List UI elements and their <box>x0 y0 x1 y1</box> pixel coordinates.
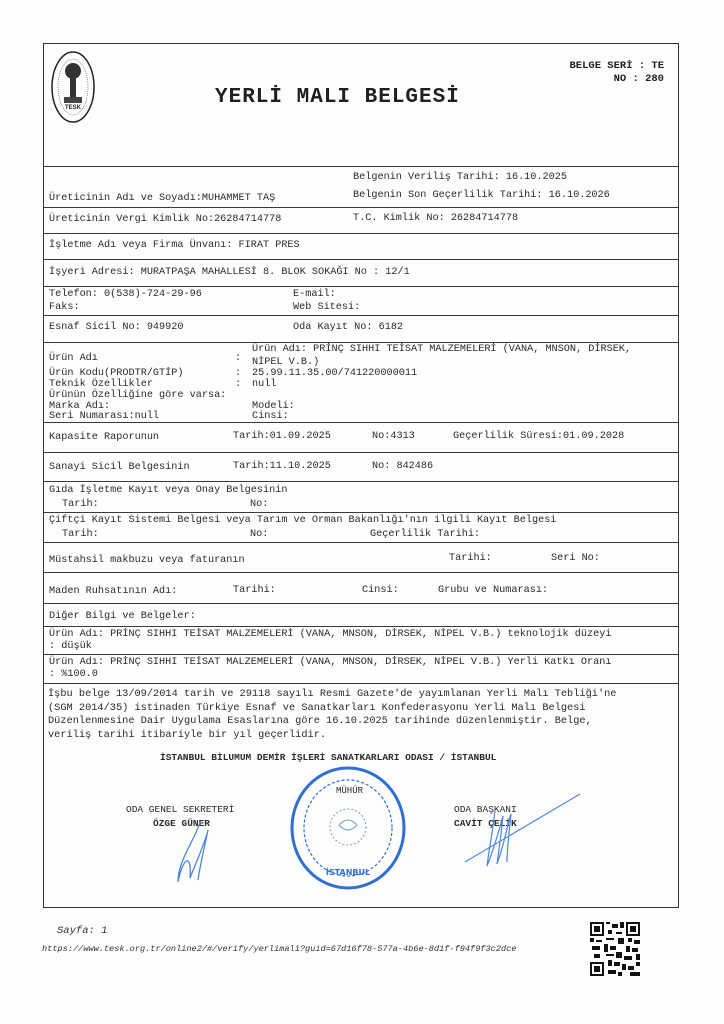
esnaf-sicil: Esnaf Sicil No: 949920 <box>49 322 184 333</box>
product-code-value: 25.99.11.35.00/741220000011 <box>252 368 417 379</box>
receipt-date: Tarihi: <box>449 553 492 564</box>
industry-registry-label: Sanayi Sicil Belgesinin <box>49 462 190 473</box>
divider <box>43 207 679 208</box>
kind-label: Cinsi: <box>252 411 289 422</box>
expiry-date: Belgenin Son Geçerlilik Tarihi: 16.10.20… <box>353 190 610 201</box>
svg-text:TESK: TESK <box>65 105 82 111</box>
seal-label: MÜHÜR <box>336 786 363 796</box>
divider <box>43 259 679 260</box>
industry-registry-no: No: 842486 <box>372 461 433 472</box>
mining-date: Tarihi: <box>233 585 276 596</box>
divider <box>43 626 679 627</box>
official-seal-icon: İSTANBUL <box>289 765 407 891</box>
tech-spec-value: null <box>252 379 276 390</box>
product-name-value: Ürün Adı: PRİNÇ SIHHI TEİSAT MALZEMELERİ… <box>252 344 631 355</box>
president-signature-icon <box>455 790 585 870</box>
qr-code-icon[interactable] <box>590 922 640 976</box>
colon: : <box>235 368 241 379</box>
fax: Faks: <box>49 302 80 313</box>
divider <box>43 572 679 573</box>
producer-tc-id: T.C. Kimlik No: 26284714778 <box>353 213 518 224</box>
farmer-cert-label: Çiftçi Kayıt Sistemi Belgesi veya Tarım … <box>49 515 556 526</box>
producer-name: Üreticinin Adı ve Soyadı:MUHAMMET TAŞ <box>49 193 275 204</box>
divider <box>43 233 679 234</box>
colon: : <box>235 379 241 390</box>
tesk-logo-icon: TESK <box>50 49 96 125</box>
chamber-name: İSTANBUL BİLUMUM DEMİR İŞLERİ SANATKARLA… <box>160 752 496 763</box>
website: Web Sitesi: <box>293 302 360 313</box>
capacity-report-no: No:4313 <box>372 431 415 442</box>
business-name: İşletme Adı veya Firma Ünvanı: FIRAT PRE… <box>49 240 300 251</box>
industry-registry-date: Tarih:11.10.2025 <box>233 461 331 472</box>
document-page: TESK YERLİ MALI BELGESİ BELGE SERİ : TE … <box>0 0 724 1024</box>
food-cert-no: No: <box>250 499 268 510</box>
svg-text:İSTANBUL: İSTANBUL <box>326 867 370 877</box>
series-label: BELGE SERİ : TE <box>569 60 664 73</box>
product-code-label: Ürün Kodu(PRODTR/GTİP) <box>49 368 184 379</box>
capacity-report-date: Tarih:01.09.2025 <box>233 431 331 442</box>
phone: Telefon: 0(538)-724-29-96 <box>49 289 202 300</box>
divider <box>43 481 679 482</box>
document-title: YERLİ MALI BELGESİ <box>215 86 460 109</box>
divider <box>43 342 679 343</box>
business-address: İşyeri Adresi: MURATPAŞA MAHALLESİ 8. BL… <box>49 267 410 278</box>
tech-level-value: : düşük <box>49 641 92 652</box>
email: E-mail: <box>293 289 336 300</box>
receipt-serial: Seri No: <box>551 553 600 564</box>
divider <box>43 654 679 655</box>
tech-spec-label: Teknik Özellikler <box>49 379 153 390</box>
farmer-cert-no: No: <box>250 529 268 540</box>
divider <box>43 315 679 316</box>
divider <box>43 542 679 543</box>
colon: : <box>235 353 241 364</box>
tech-level-line: Ürün Adı: PRİNÇ SIHHI TEİSAT MALZEMELERİ… <box>49 629 611 640</box>
mining-license-label: Maden Ruhsatının Adı: <box>49 586 177 597</box>
mining-kind: Cinsi: <box>362 585 399 596</box>
divider <box>43 422 679 423</box>
farmer-cert-validity: Geçerlilik Tarihi: <box>370 529 480 540</box>
divider <box>43 683 679 684</box>
other-info-label: Diğer Bilgi ve Belgeler: <box>49 611 196 622</box>
issue-date: Belgenin Veriliş Tarihi: 16.10.2025 <box>353 172 567 183</box>
document-series: BELGE SERİ : TE NO : 280 <box>569 60 664 86</box>
divider <box>43 512 679 513</box>
verify-url[interactable]: https://www.tesk.org.tr/online2/#/verify… <box>42 944 516 954</box>
local-ratio-value: : %100.0 <box>49 669 98 680</box>
page-number: Sayfa: 1 <box>57 925 107 937</box>
producer-tax-id: Üreticinin Vergi Kimlik No:26284714778 <box>49 214 281 225</box>
product-name-value-cont: NİPEL V.B.) <box>252 357 319 368</box>
number-label: NO : 280 <box>569 73 664 86</box>
oda-kayit: Oda Kayıt No: 6182 <box>293 322 403 333</box>
food-cert-date: Tarih: <box>62 499 99 510</box>
product-name-label: Ürün Adı <box>49 353 98 364</box>
capacity-report-validity: Geçerlilik Süresi:01.09.2028 <box>453 431 624 442</box>
local-ratio-line: Ürün Adı: PRİNÇ SIHHI TEİSAT MALZEMELERİ… <box>49 657 611 668</box>
legal-statement: İşbu belge 13/09/2014 tarih ve 29118 say… <box>48 688 678 742</box>
food-cert-label: Gıda İşletme Kayıt veya Onay Belgesinin <box>49 485 287 496</box>
by-feature-label: Ürünün Özelliğine göre varsa: <box>49 390 226 401</box>
divider <box>43 166 679 167</box>
farmer-cert-date: Tarih: <box>62 529 99 540</box>
serial-label: Seri Numarası:null <box>49 411 159 422</box>
receipt-label: Müstahsil makbuzu veya faturanın <box>49 555 245 566</box>
capacity-report-label: Kapasite Raporunun <box>49 432 159 443</box>
divider <box>43 286 679 287</box>
secretary-signature-icon <box>170 820 220 886</box>
divider <box>43 603 679 604</box>
divider <box>43 452 679 453</box>
mining-group: Grubu ve Numarası: <box>438 585 548 596</box>
secretary-title: ODA GENEL SEKRETERİ <box>126 804 234 815</box>
